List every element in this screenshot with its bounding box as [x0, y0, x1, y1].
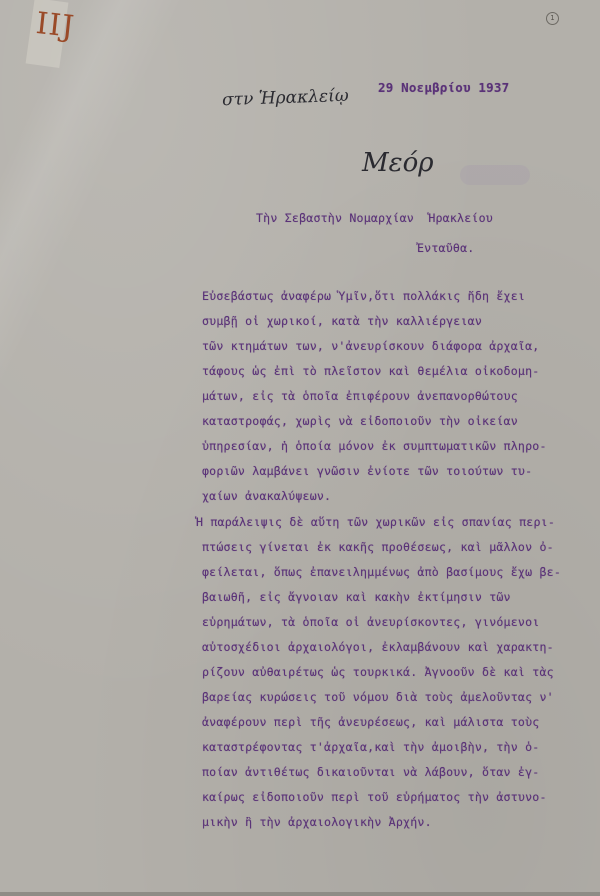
body-line: πτώσεις γίνεται ἐκ κακῆς προθέσεως, καὶ … — [202, 540, 554, 560]
location-line: Ἐνταῦθα. — [417, 241, 474, 255]
page-bottom-edge — [0, 892, 600, 896]
body-line: αὐτοσχέδιοι ἀρχαιολόγοι, ἐκλαμβάνουν καὶ… — [202, 640, 554, 660]
body-line: ρίζουν αὐθαιρέτως ὡς τουρκικά. Ἀγνοοῦν δ… — [202, 665, 554, 685]
addressee-line: Τὴν Σεβαστὴν Νομαρχίαν Ἡρακλείου — [256, 211, 493, 225]
body-line: εὑρημάτων, τὰ ὁποῖα οἱ ἀνευρίσκοντες, γι… — [202, 615, 539, 635]
corner-filing-mark: ΙΙJ — [34, 6, 76, 45]
body-line: ὑπηρεσίαν, ἡ ὁποία μόνον ἐκ συμπτωματικῶ… — [202, 439, 547, 459]
body-line: φείλεται, ὅπως ἐπανειλημμένως ἀπὸ βασίμο… — [202, 565, 561, 585]
page-number-stamp: 1 — [546, 12, 559, 25]
body-line: τάφους ὡς ἐπὶ τὸ πλεῖστον καὶ θεμέλια οἰ… — [202, 364, 539, 384]
letter-date: 29 Νοεμβρίου 1937 — [378, 80, 509, 95]
body-line: μικὴν ἢ τὴν ἀρχαιολογικὴν Ἀρχήν. — [202, 815, 432, 835]
body-line: Ἡ παράλειψις δὲ αὕτη τῶν χωρικῶν εἰς σπα… — [196, 515, 555, 535]
body-line: ποίαν ἀντιθέτως δικαιοῦνται νὰ λάβουν, ὅ… — [202, 765, 539, 785]
body-line: βαρείας κυρώσεις τοῦ νόμου διὰ τοὺς ἀμελ… — [202, 690, 554, 710]
handwritten-initial: Μεόρ — [362, 148, 434, 178]
handwritten-annotation: στν Ἡρακλείῳ — [222, 86, 349, 110]
body-line: χαίων ἀνακαλύψεων. — [202, 489, 331, 509]
document-page: ΙΙJ 1 στν Ἡρακλείῳ 29 Νοεμβρίου 1937 Μεό… — [0, 0, 600, 896]
body-line: συμβῇ οἱ χωρικοί, κατὰ τὴν καλλιέργειαν — [202, 314, 482, 334]
letter-body: Εὐσεβάστως ἀναφέρω Ὑμῖν,ὅτι πολλάκις ἤδη… — [202, 289, 592, 625]
body-line: τῶν κτημάτων των, ν'ἀνευρίσκουν διάφορα … — [202, 339, 539, 359]
body-line: βαιωθῆ, εἰς ἄγνοιαν καὶ κακὴν ἐκτίμησιν … — [202, 590, 511, 610]
body-line: Εὐσεβάστως ἀναφέρω Ὑμῖν,ὅτι πολλάκις ἤδη… — [202, 289, 525, 309]
body-line: καταστρέφοντας τ'ἀρχαῖα,καὶ τὴν ἀμοιβὴν,… — [202, 740, 539, 760]
body-line: καίρως εἰδοποιοῦν περὶ τοῦ εὑρήματος τὴν… — [202, 790, 547, 810]
body-line: μάτων, εἰς τὰ ὁποῖα ἐπιφέρουν ἀνεπανορθώ… — [202, 389, 518, 409]
ink-smudge — [460, 165, 530, 185]
body-line: καταστροφάς, χωρὶς νὰ εἰδοποιοῦν τὴν οἰκ… — [202, 414, 518, 434]
body-line: φοριῶν λαμβάνει γνῶσιν ἐνίοτε τῶν τοιούτ… — [202, 464, 532, 484]
body-line: ἀναφέρουν περὶ τῆς ἀνευρέσεως, καὶ μάλισ… — [202, 715, 539, 735]
